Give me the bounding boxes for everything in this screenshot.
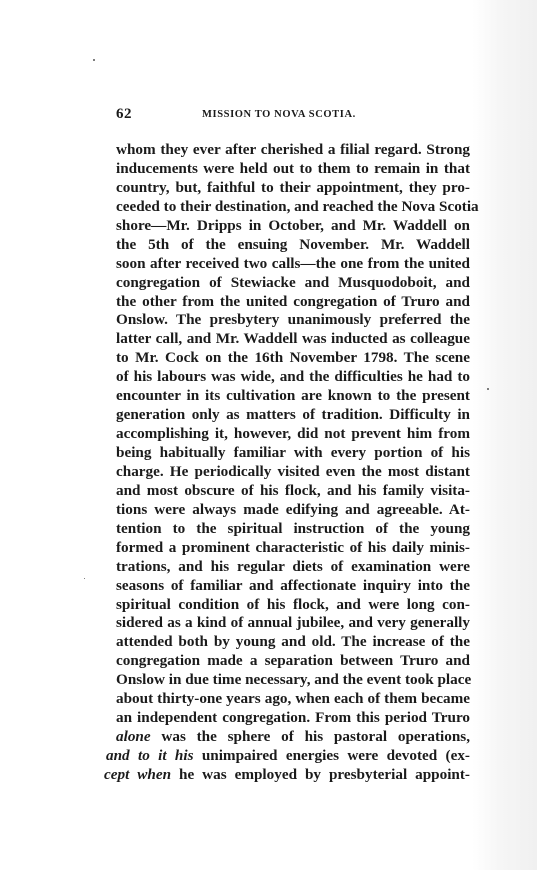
running-head: MISSION TO NOVA SCOTIA. [202,109,356,120]
text-line: country, but, faithful to their appointm… [116,179,470,198]
text-line: alone was the sphere of his pastoral ope… [116,728,470,747]
text-line: tention to the spiritual instruction of … [116,520,470,539]
text-line: the other from the united congregation o… [116,293,470,312]
text-line: soon after received two calls—the one fr… [116,255,470,274]
text-line: inducements were held out to them to rem… [116,160,470,179]
text-line: and most obscure of his flock, and his f… [116,482,470,501]
text-line: attended both by young and old. The incr… [116,633,470,652]
text-line: charge. He periodically visited even the… [116,463,470,482]
text-line: cept when he was employed by presbyteria… [104,766,470,785]
book-page: 62 MISSION TO NOVA SCOTIA. whom they eve… [0,0,537,870]
text-line: whom they ever after cherished a filial … [116,141,470,160]
text-line: an independent congregation. From this p… [116,709,470,728]
text-line: about thirty-one years ago, when each of… [116,690,470,709]
scan-speck [84,578,85,579]
italic-text: cept when [104,766,171,783]
text-line: generation only as matters of tradition.… [116,406,470,425]
scan-speck [487,388,489,390]
text-run: he was employed by presbyterial appoint- [171,766,470,783]
text-line: Onslow. The presbytery unanimously prefe… [116,311,470,330]
body-text: whom they ever after cherished a filial … [116,141,470,785]
page-number: 62 [116,106,132,123]
text-line: Onslow in due time necessary, and the ev… [116,671,470,690]
text-line: trations, and his regular diets of exami… [116,558,470,577]
text-line: and to it his unimpaired energies were d… [106,747,470,766]
text-line: tions were always made edifying and agre… [116,501,470,520]
text-run: was the sphere of his pastoral operation… [151,728,470,745]
text-line: the 5th of the ensuing November. Mr. Wad… [116,236,470,255]
text-line: ceeded to their destination, and reached… [116,198,470,217]
text-line: congregation of Stewiacke and Musquodobo… [116,274,470,293]
text-line: latter call, and Mr. Waddell was inducte… [116,330,470,349]
text-line: spiritual condition of his flock, and we… [116,596,470,615]
page-header: 62 MISSION TO NOVA SCOTIA. [116,106,470,126]
text-run: unimpaired energies were devoted (ex- [193,747,470,764]
text-line: being habitually familiar with every por… [116,444,470,463]
italic-text: alone [116,728,151,745]
scan-speck [93,59,95,61]
text-line: congregation made a separation between T… [116,652,470,671]
text-line: to Mr. Cock on the 16th November 1798. T… [116,349,470,368]
italic-text: and to it his [106,747,193,764]
text-line: seasons of familiar and affectionate inq… [116,577,470,596]
text-line: formed a prominent characteristic of his… [116,539,470,558]
text-line: of his labours was wide, and the difficu… [116,368,470,387]
text-line: sidered as a kind of annual jubilee, and… [116,614,470,633]
text-line: accomplishing it, however, did not preve… [116,425,470,444]
text-line: encounter in its cultivation are known t… [116,387,470,406]
text-line: shore—Mr. Dripps in October, and Mr. Wad… [116,217,470,236]
